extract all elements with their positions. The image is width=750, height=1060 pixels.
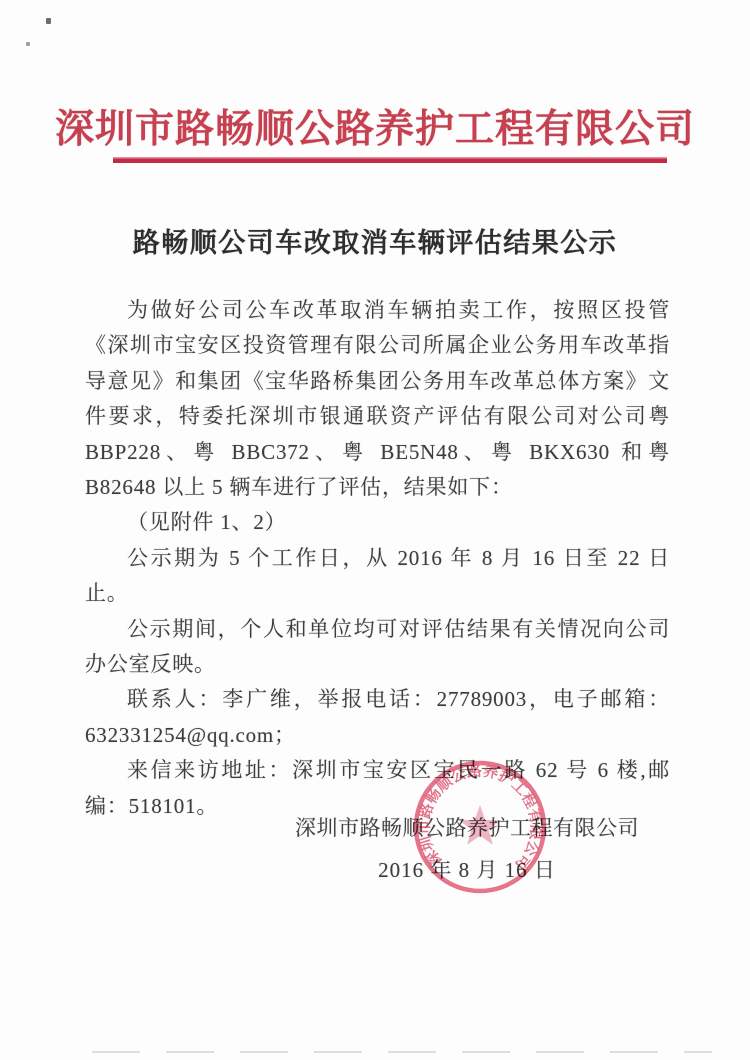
seal-star-icon: [459, 805, 501, 845]
letterhead-divider: [113, 157, 667, 163]
letterhead-company-name: 深圳市路畅顺公路养护工程有限公司: [0, 98, 750, 154]
body-paragraph: 联系人：李广维，举报电话：27789003，电子邮箱：632331254@qq.…: [85, 682, 670, 753]
document-title: 路畅顺公司车改取消车辆评估结果公示: [0, 221, 750, 260]
page-scan-edge: [92, 1051, 712, 1053]
body-paragraph: 公示期为 5 个工作日，从 2016 年 8 月 16 日至 22 日止。: [85, 541, 670, 612]
body-paragraph: 为做好公司公车改革取消车辆拍卖工作，按照区投管《深圳市宝安区投资管理有限公司所属…: [85, 293, 670, 505]
scan-speck: [46, 18, 51, 24]
scan-speck: [26, 42, 30, 46]
body-paragraph: 公示期间，个人和单位均可对评估结果有关情况向公司办公室反映。: [85, 612, 670, 683]
document-body: 为做好公司公车改革取消车辆拍卖工作，按照区投管《深圳市宝安区投资管理有限公司所属…: [85, 293, 670, 824]
company-seal-stamp: 深圳市路畅顺公路养护工程有限公司: [405, 752, 555, 902]
scanned-document-page: 深圳市路畅顺公路养护工程有限公司 路畅顺公司车改取消车辆评估结果公示 为做好公司…: [0, 0, 750, 1060]
body-paragraph: （见附件 1、2）: [85, 505, 670, 540]
